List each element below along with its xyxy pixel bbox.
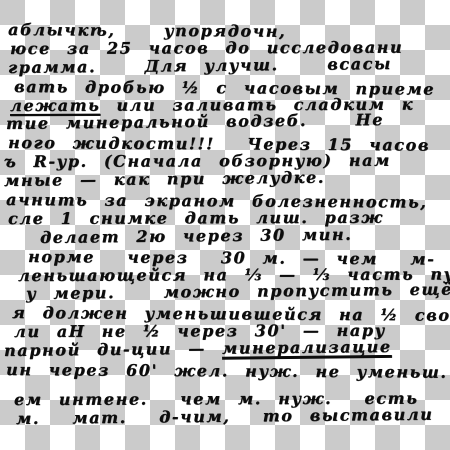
line-text: тие минеральной водзеб. Не <box>6 110 384 133</box>
handwriting-line: ин через 60' жел. нуж. не уменьш. <box>6 361 450 383</box>
underlined-word: лежать <box>10 95 100 114</box>
handwriting-line: м. мат. д-чим, то выставили <box>16 405 450 428</box>
handwriting-line: грамма. Для улучш. всасы <box>8 54 450 78</box>
line-text: м. мат. д-чим, то выставили <box>16 404 434 427</box>
handwriting-line: мные — как при желудке. <box>4 167 450 191</box>
line-text: грамма. Для улучш. всасы <box>8 54 392 77</box>
handwritten-text: аблычкѣ, упорядочн, юсе за 25 часов до и… <box>0 0 450 450</box>
line-text: парной ди-ции — <box>4 339 222 360</box>
transparency-checkerboard: аблычкѣ, упорядочн, юсе за 25 часов до и… <box>0 0 450 450</box>
line-text: делает 2ю через 30 мин. <box>40 225 352 247</box>
handwriting-line: тие минеральной водзеб. Не <box>6 111 450 135</box>
handwriting-line: делает 2ю через 30 мин. <box>40 225 450 248</box>
line-text: у мери. можно пропустить ещё <box>26 280 450 303</box>
handwriting-line: парной ди-ции — минерализацие <box>4 337 450 361</box>
line-text: мные — как при желудке. <box>4 168 325 190</box>
line-text: ин через 60' жел. нуж. не уменьш. <box>6 360 448 382</box>
underlined-word: минерализацие <box>222 337 392 360</box>
handwriting-line: у мери. можно пропустить ещё <box>26 281 450 304</box>
